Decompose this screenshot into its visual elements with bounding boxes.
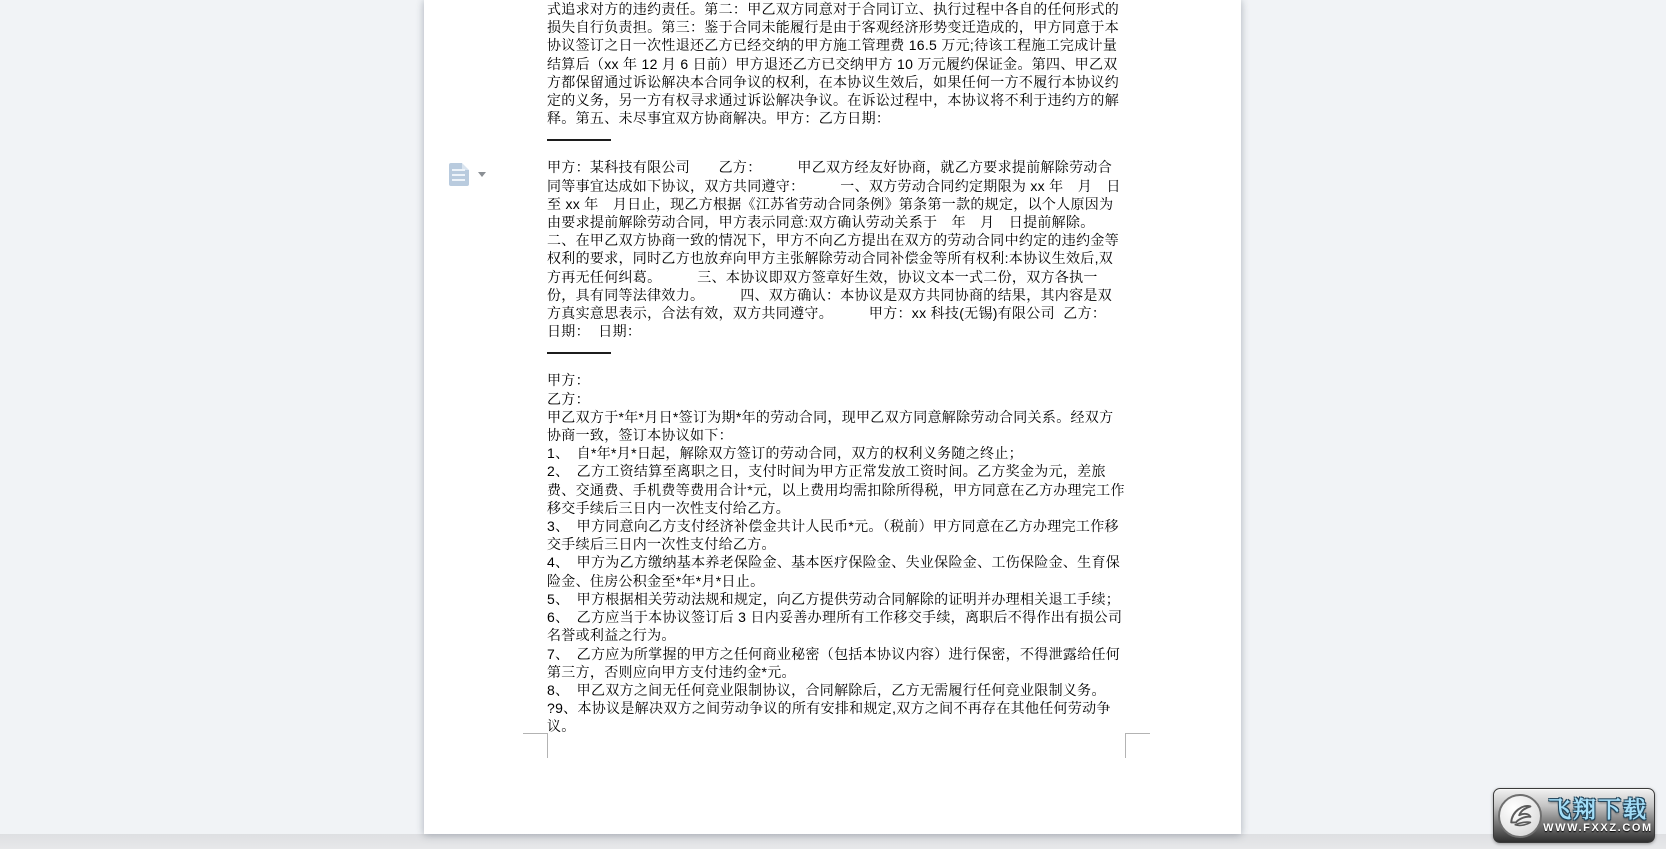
fxxz-swoosh-icon (1504, 800, 1536, 832)
document-body: 式追求对方的违约责任。第二：甲乙双方同意对于合同订立、执行过程中各自的任何形式的… (547, 0, 1125, 736)
document-lines-decoration (452, 169, 465, 182)
fxxz-watermark-title: 飞翔下载 (1548, 797, 1648, 822)
paragraph: 1、 自*年*月*日起，解除双方签订的劳动合同，双方的权利义务随之终止； (547, 444, 1125, 462)
text-boundary-mark-right (1125, 733, 1150, 758)
fxxz-watermark[interactable]: 飞翔下载 WWW.FXXZ.COM (1493, 788, 1655, 843)
paragraph: 6、 乙方应当于本协议签订后 3 日内妥善办理所有工作移交手续，离职后不得作出有… (547, 608, 1125, 644)
section-divider (547, 139, 611, 141)
paragraph: 5、 甲方根据相关劳动法规和规定，向乙方提供劳动合同解除的证明并办理相关退工手续… (547, 590, 1125, 608)
paragraph: 4、 甲方为乙方缴纳基本养老保险金、基本医疗保险金、失业保险金、工伤保险金、生育… (547, 553, 1125, 589)
section-divider (547, 352, 611, 354)
paste-options-button[interactable] (449, 162, 491, 188)
paragraph: 甲乙双方于*年*月日*签订为期*年的劳动合同，现甲乙双方同意解除劳动合同关系。经… (547, 408, 1125, 444)
app-background: { "colors": { "background": "#f1f3f6", "… (0, 0, 1666, 849)
paragraph: 甲方：某科技有限公司 乙方： 甲乙双方经友好协商，就乙方要求提前解除劳动合同等事… (547, 158, 1125, 340)
paragraph: 甲方： (547, 371, 1125, 389)
chevron-down-icon (478, 172, 486, 177)
fxxz-watermark-url: WWW.FXXZ.COM (1543, 822, 1653, 835)
paragraph: 2、 乙方工资结算至离职之日，支付时间为甲方正常发放工资时间。乙方奖金为元，差旅… (547, 462, 1125, 517)
fxxz-watermark-texts: 飞翔下载 WWW.FXXZ.COM (1542, 797, 1654, 835)
fxxz-logo-circle (1498, 794, 1542, 838)
paragraph: 7、 乙方应为所掌握的甲方之任何商业秘密（包括本协议内容）进行保密，不得泄露给任… (547, 645, 1125, 681)
document-page: 式追求对方的违约责任。第二：甲乙双方同意对于合同订立、执行过程中各自的任何形式的… (424, 0, 1241, 834)
paragraph: 式追求对方的违约责任。第二：甲乙双方同意对于合同订立、执行过程中各自的任何形式的… (547, 0, 1125, 127)
text-boundary-mark-left (523, 733, 548, 758)
page-bottom-gutter (0, 834, 1666, 849)
paste-options-icon (449, 163, 469, 186)
paragraph: 乙方： (547, 390, 1125, 408)
paragraph: 8、 甲乙双方之间无任何竞业限制协议，合同解除后，乙方无需履行任何竞业限制义务。 (547, 681, 1125, 699)
paragraph: ?9、本协议是解决双方之间劳动争议的所有安排和规定,双方之间不再存在其他任何劳动… (547, 699, 1125, 735)
paragraph: 3、 甲方同意向乙方支付经济补偿金共计人民币*元。（税前）甲方同意在乙方办理完工… (547, 517, 1125, 553)
